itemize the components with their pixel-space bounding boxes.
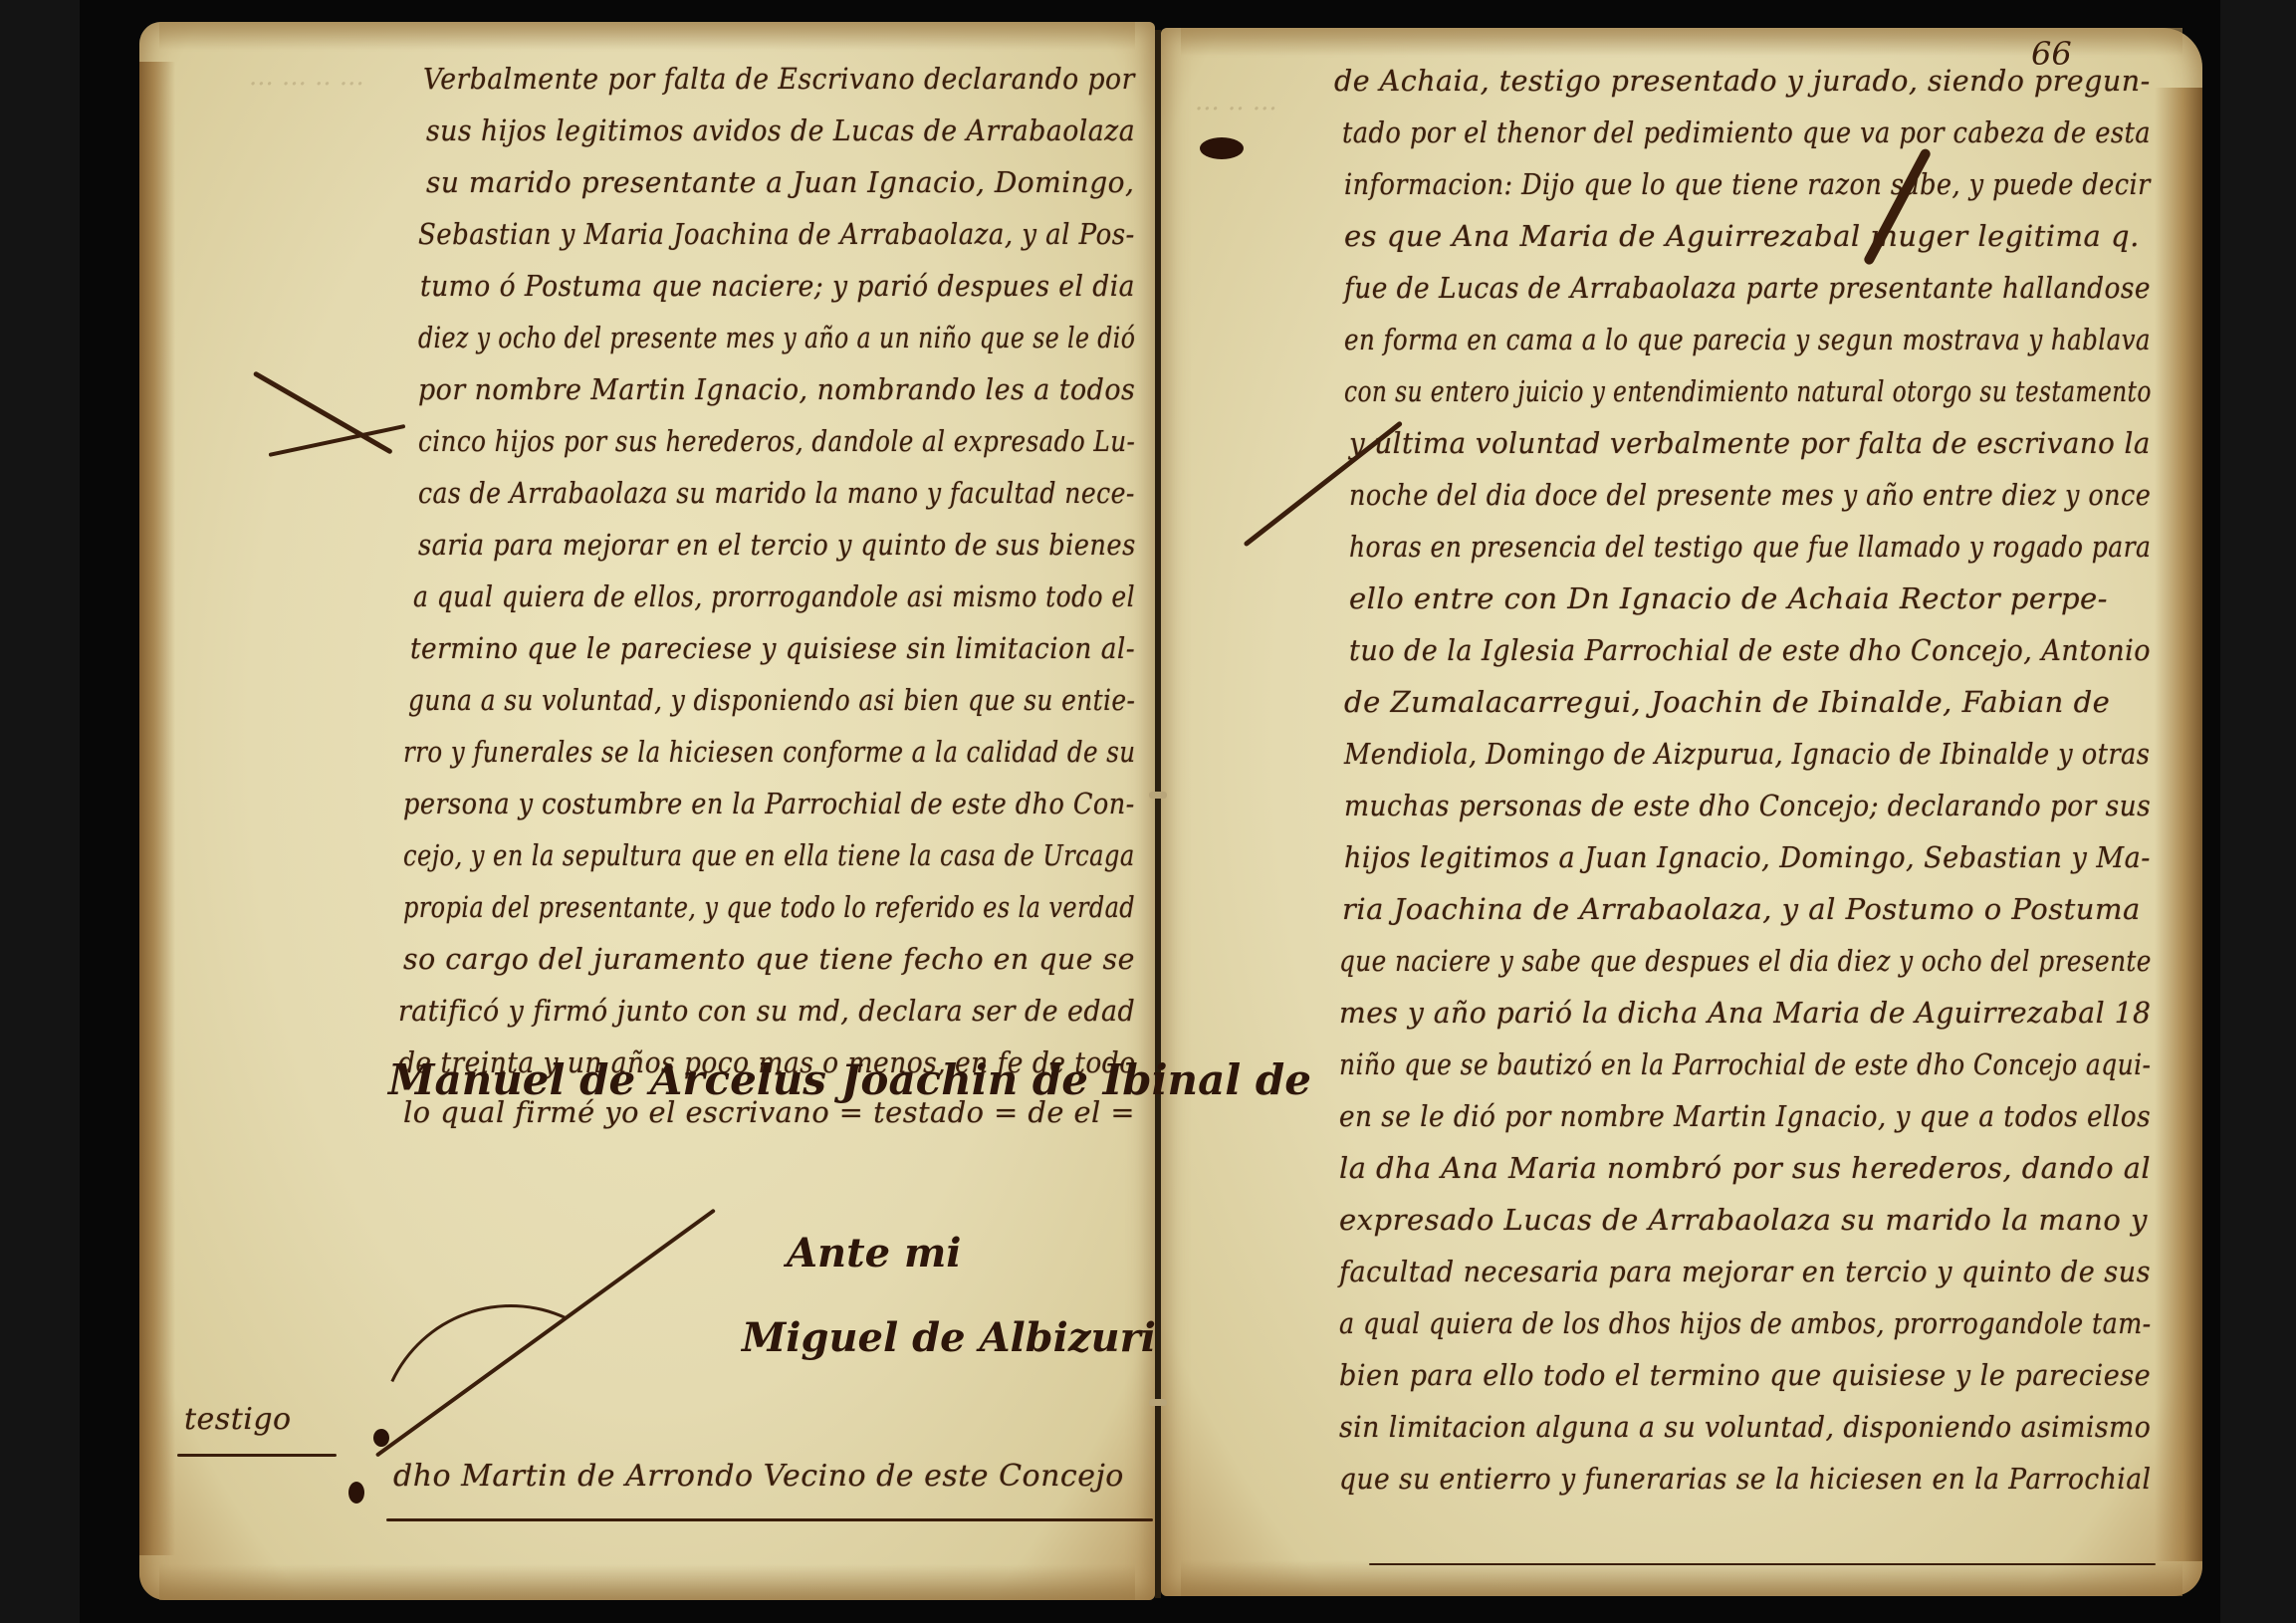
left-text-line: persona y costumbre en la Parrochial de … (403, 787, 1135, 820)
right-text-line: y ultima voluntad verbalmente por falta … (1349, 426, 2151, 460)
left-text-line: Sebastian y Maria Joachina de Arrabaolaz… (418, 217, 1135, 251)
left-text-line: su marido presentante a Juan Ignacio, Do… (426, 165, 1134, 199)
left-text-line: so cargo del juramento que tiene fecho e… (403, 942, 1135, 976)
left-text-line: por nombre Martin Ignacio, nombrando les… (418, 372, 1135, 406)
left-text-line: cejo, y en la sepultura que en ella tien… (403, 838, 1135, 872)
closing-rule (386, 1518, 1153, 1521)
binding-stitch (1149, 792, 1167, 799)
right-text-line: facultad necesaria para mejorar en terci… (1339, 1255, 2151, 1288)
binding-stitch (1149, 1399, 1167, 1406)
left-text-line: Verbalmente por falta de Escrivano decla… (423, 62, 1135, 96)
left-text-line: sus hijos legitimos avidos de Lucas de A… (426, 114, 1135, 147)
right-text-line: mes y año parió la dicha Ana Maria de Ag… (1339, 996, 2151, 1030)
ink-blot (1200, 137, 1244, 159)
left-page-worn-edge (139, 62, 175, 1555)
rubric-scribe-signature: Miguel de Albizuri (742, 1314, 1156, 1361)
left-text-line: ratificó y firmó junto con su md, declar… (398, 994, 1135, 1028)
right-text-line: sin limitacion alguna a su voluntad, dis… (1339, 1410, 2151, 1444)
right-text-line: a qual quiera de los dhos hijos de ambos… (1339, 1306, 2152, 1340)
ink-blot (348, 1482, 364, 1504)
right-text-line: expresado Lucas de Arrabaolaza su marido… (1339, 1203, 2148, 1237)
rubric-ante-mi: Ante mi (787, 1230, 962, 1276)
left-page-bottom-edge (159, 1564, 1135, 1600)
right-page-bottom-edge (1181, 1560, 2182, 1596)
left-text-line: cinco hijos por sus herederos, dandole a… (418, 424, 1135, 458)
right-text-line: ello entre con Dn Ignacio de Achaia Rect… (1349, 581, 2108, 615)
witness-signature-line: dho Martin de Arrondo Vecino de este Con… (393, 1459, 1124, 1494)
bleed-through-text: ··· ·· ··· (1195, 95, 1277, 124)
right-text-line: tuo de la Iglesia Parrochial de este dho… (1349, 633, 2151, 667)
right-text-line: horas en presencia del testigo que fue l… (1349, 530, 2151, 564)
witness-label: testigo (184, 1402, 292, 1437)
left-text-line: propia del presentante, y que todo lo re… (403, 890, 1135, 924)
right-text-line: niño que se bautizó en la Parrochial de … (1339, 1047, 2151, 1081)
right-text-line: en se le dió por nombre Martin Ignacio, … (1339, 1099, 2151, 1133)
left-text-line: saria para mejorar en el tercio y quinto… (418, 528, 1136, 562)
left-text-line: guna a su voluntad, y disponiendo asi bi… (408, 683, 1135, 717)
book-gutter (1155, 30, 1161, 1598)
right-text-line: la dha Ana Maria nombró por sus heredero… (1339, 1151, 2151, 1185)
right-text-line: muchas personas de este dho Concejo; dec… (1344, 789, 2151, 822)
right-text-line: con su entero juicio y entendimiento nat… (1344, 374, 2152, 408)
left-text-line: tumo ó Postuma que naciere; y parió desp… (420, 269, 1135, 303)
right-text-line: de Zumalacarregui, Joachin de Ibinalde, … (1344, 685, 2110, 719)
right-text-line: que naciere y sabe que despues el dia di… (1339, 944, 2152, 978)
right-text-line: bien para ello todo el termino que quisi… (1339, 1358, 2151, 1392)
ink-blot (373, 1429, 389, 1447)
right-text-line: ria Joachina de Arrabaolaza, y al Postum… (1342, 892, 2141, 926)
left-text-line: cas de Arrabaolaza su marido la mano y f… (418, 476, 1135, 510)
left-text-line: a qual quiera de ellos, prorrogandole as… (413, 580, 1135, 613)
right-page-worn-edge (2155, 88, 2202, 1561)
right-text-line: fue de Lucas de Arrabaolaza parte presen… (1344, 271, 2151, 305)
left-text-line: diez y ocho del presente mes y año a un … (418, 321, 1135, 354)
witness-underline (177, 1454, 337, 1457)
closing-rule (1369, 1563, 2156, 1565)
right-text-line: noche del dia doce del presente mes y añ… (1349, 478, 2151, 512)
right-text-line: en forma en cama a lo que parecia y segu… (1344, 323, 2151, 356)
left-page-top-edge (159, 22, 1135, 50)
left-text-line: termino que le pareciese y quisiese sin … (410, 631, 1135, 665)
left-text-line: rro y funerales se la hiciesen conforme … (403, 735, 1136, 769)
bleed-through-text: ··· ··· ·· ··· (249, 70, 364, 100)
signature-row: Manuel de Arcelus Joachin de Ibinal de (388, 1055, 1311, 1104)
right-text-line: informacion: Dijo que lo que tiene razon… (1344, 167, 2151, 201)
right-text-line: tado por el thenor del pedimiento que va… (1342, 116, 2151, 149)
right-text-line: que su entierro y funerarias se la hicie… (1339, 1462, 2151, 1496)
right-text-line: de Achaia, testigo presentado y jurado, … (1334, 64, 2151, 98)
right-text-line: Mendiola, Domingo de Aizpurua, Ignacio d… (1344, 737, 2150, 771)
right-text-line: hijos legitimos a Juan Ignacio, Domingo,… (1344, 840, 2151, 874)
right-text-line: es que Ana Maria de Aguirrezabal muger l… (1344, 219, 2140, 253)
